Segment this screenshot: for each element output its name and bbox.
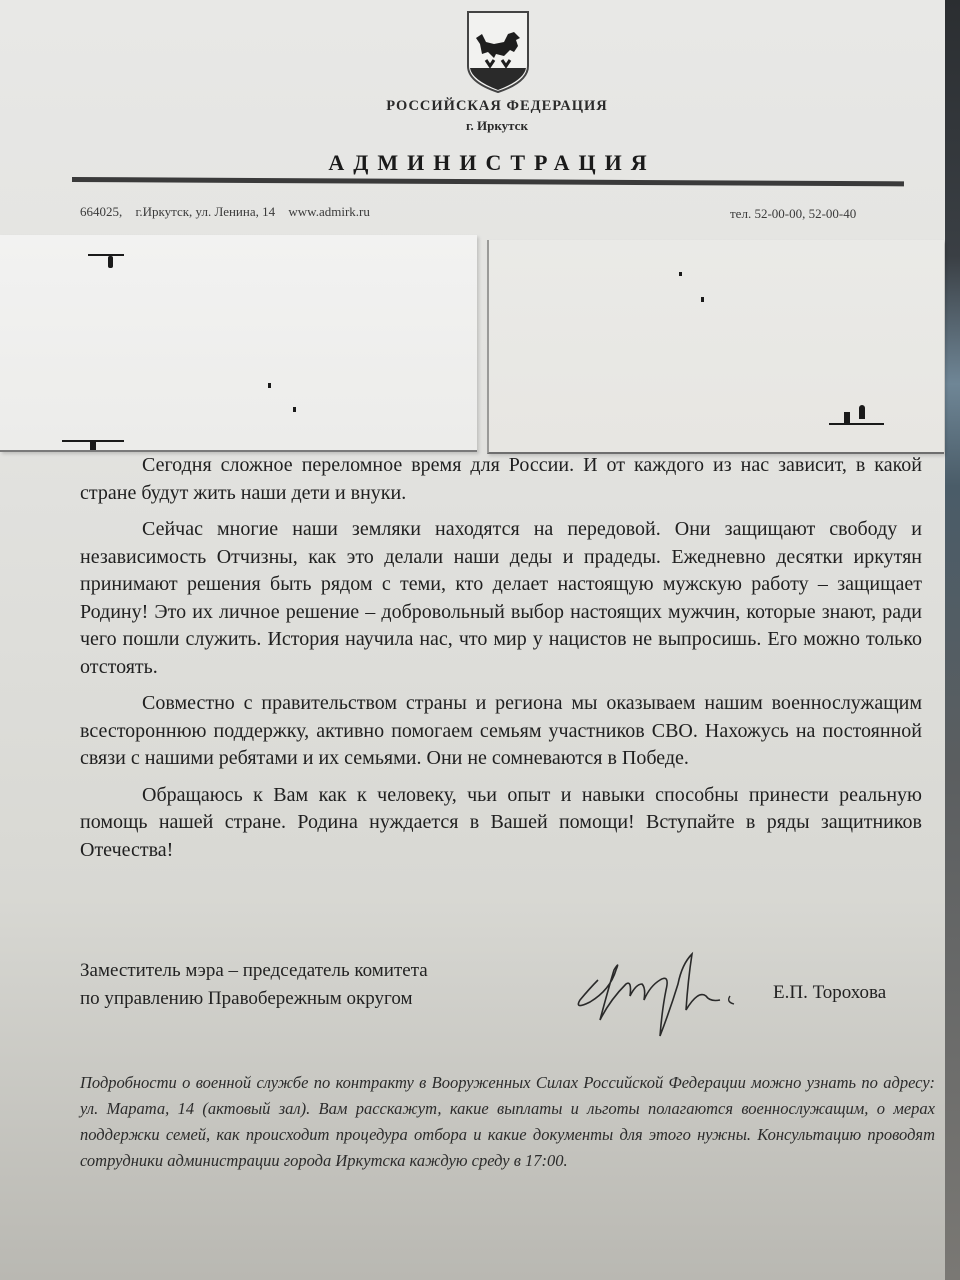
- letter-body: Сегодня сложное переломное время для Рос…: [80, 452, 922, 873]
- footnote-info: Подробности о военной службе по контракт…: [80, 1070, 935, 1174]
- handwritten-signature-icon: [570, 940, 770, 1040]
- signatory-title-line2: по управлению Правобережным округом: [80, 985, 428, 1013]
- signatory-name: Е.П. Торохова: [773, 982, 886, 1004]
- signatory-title: Заместитель мэра – председатель комитета…: [80, 957, 428, 1013]
- redaction-paper-left: [0, 235, 477, 452]
- body-paragraph: Совместно с правительством страны и реги…: [80, 690, 922, 773]
- redaction-paper-right: [487, 240, 944, 454]
- organization-title: АДМИНИСТРАЦИЯ: [0, 150, 960, 176]
- body-paragraph: Обращаюсь к Вам как к человеку, чьи опыт…: [80, 782, 922, 865]
- contact-phone: тел. 52-00-00, 52-00-40: [730, 206, 856, 222]
- website-link: www.admirk.ru: [288, 204, 369, 219]
- header-divider: [72, 177, 904, 186]
- postal-code: 664025,: [80, 204, 122, 219]
- body-paragraph: Сейчас многие наши земляки находятся на …: [80, 516, 922, 681]
- city-name: г. Иркутск: [0, 118, 960, 134]
- country-name: РОССИЙСКАЯ ФЕДЕРАЦИЯ: [0, 98, 960, 115]
- letter-page: РОССИЙСКАЯ ФЕДЕРАЦИЯ г. Иркутск АДМИНИСТ…: [0, 0, 945, 1280]
- signatory-title-line1: Заместитель мэра – председатель комитета: [80, 957, 428, 985]
- body-paragraph: Сегодня сложное переломное время для Рос…: [80, 452, 922, 507]
- street-address: г.Иркутск, ул. Ленина, 14: [136, 204, 276, 219]
- coat-of-arms-icon: [466, 10, 530, 94]
- contact-address: 664025, г.Иркутск, ул. Ленина, 14 www.ad…: [80, 204, 380, 220]
